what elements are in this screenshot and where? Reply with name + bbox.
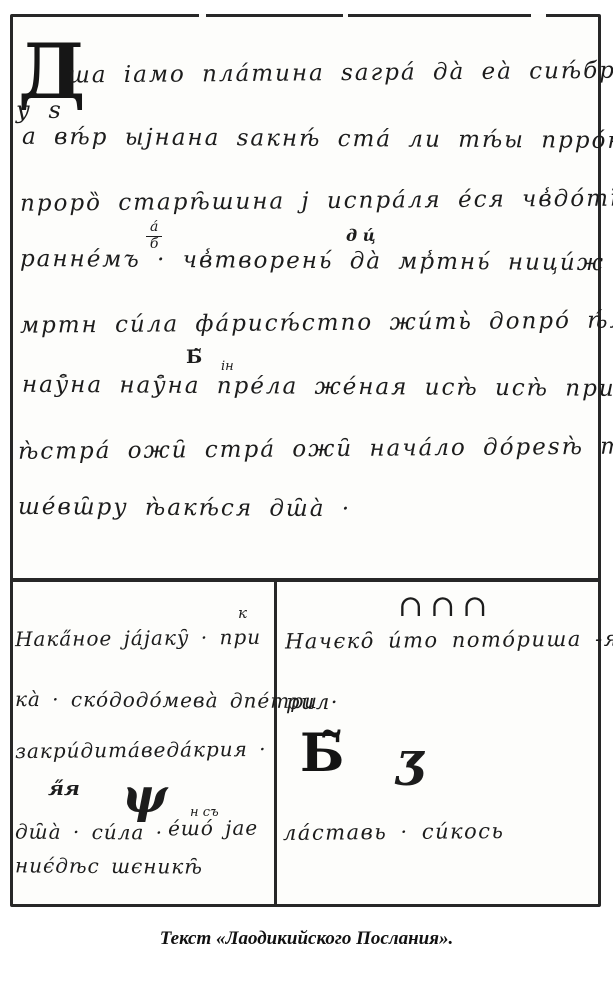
figure-caption: Текст «Лаодикийского Послания». [0,928,613,950]
frame-top-gap [343,14,348,17]
handwritten-line: а вѣ́р ыјнана ѕакнѣ́ ста́ ли тѣ́ы прро́н… [22,126,613,153]
handwritten-line: дш̑а̀ · си́ла · [15,821,163,842]
handwritten-line: мртн си́ла фа́рисѣ́стпо жи́ть̀ допро́ ѣ́… [20,309,613,337]
handwritten-line: наў̑на наў̑на пре́ла же́ная исѣ̀ исѣ̀ пр… [22,374,613,402]
handwritten-line: ла́ставь · си́кось [283,821,505,844]
superscript-mark: я̋я [48,778,80,798]
big-letter-b: Б̃ [300,728,344,780]
handwritten-line: рил· [286,692,339,713]
fraction-top: а́ [146,220,162,237]
flourish-glyph: ʒ [396,736,423,784]
handwritten-line: ша іамо пла́тина ѕагра́ да̀ еа̀ сиѣ́бра· [68,60,613,88]
arc-flourishes: ∩∩∩ [398,592,494,622]
frame-top-gap [531,14,546,17]
horizontal-divider [10,578,601,582]
superscript-mark: Б̃ [186,348,202,367]
handwritten-line: ниє́дѣс шєникѣ̑ [15,855,203,876]
flourish-glyph: ψ [122,772,167,820]
handwritten-line: проро̏ старѣ̑шина ј испра́ля е́ся чв̾до́… [20,187,613,216]
superscript-fraction-mark: а́ б [146,220,162,251]
handwritten-line: закри́дита́веда́крия · [15,739,267,761]
handwritten-line: ѣ̀стра́ ожи̑ стра́ ожи̑ нача́ло до́реѕѣ̀… [18,435,613,464]
handwritten-line: Нака̋ное ја́јаку̑ · при [15,627,261,649]
vertical-divider [274,582,277,905]
margin-flourish: у ѕ [16,98,63,122]
handwritten-line: ка̀ · ско́додо́мева̀ дпе́три [15,689,318,711]
fraction-bottom: б [150,236,159,252]
frame-top-gap [199,14,206,17]
superscript-mark: ін [221,360,234,373]
superscript-mark: д ц́ [346,228,376,244]
handwritten-line: Начєко̑ и́то пото́риша -яд [285,628,613,652]
handwritten-line: е́шо́ јае [168,818,258,839]
superscript-mark: к [238,606,247,621]
handwritten-line: ше́вш̑ру ѣ̀акѣ́ся дш̑а̀ · [18,496,351,521]
manuscript-scan-page: Д у ѕ ша іамо пла́тина ѕагра́ да̀ еа̀ си… [0,0,613,984]
handwritten-line: ранне́мъ · чв̾творень́ да̀ мр̾тнь́ ници́… [20,248,605,275]
